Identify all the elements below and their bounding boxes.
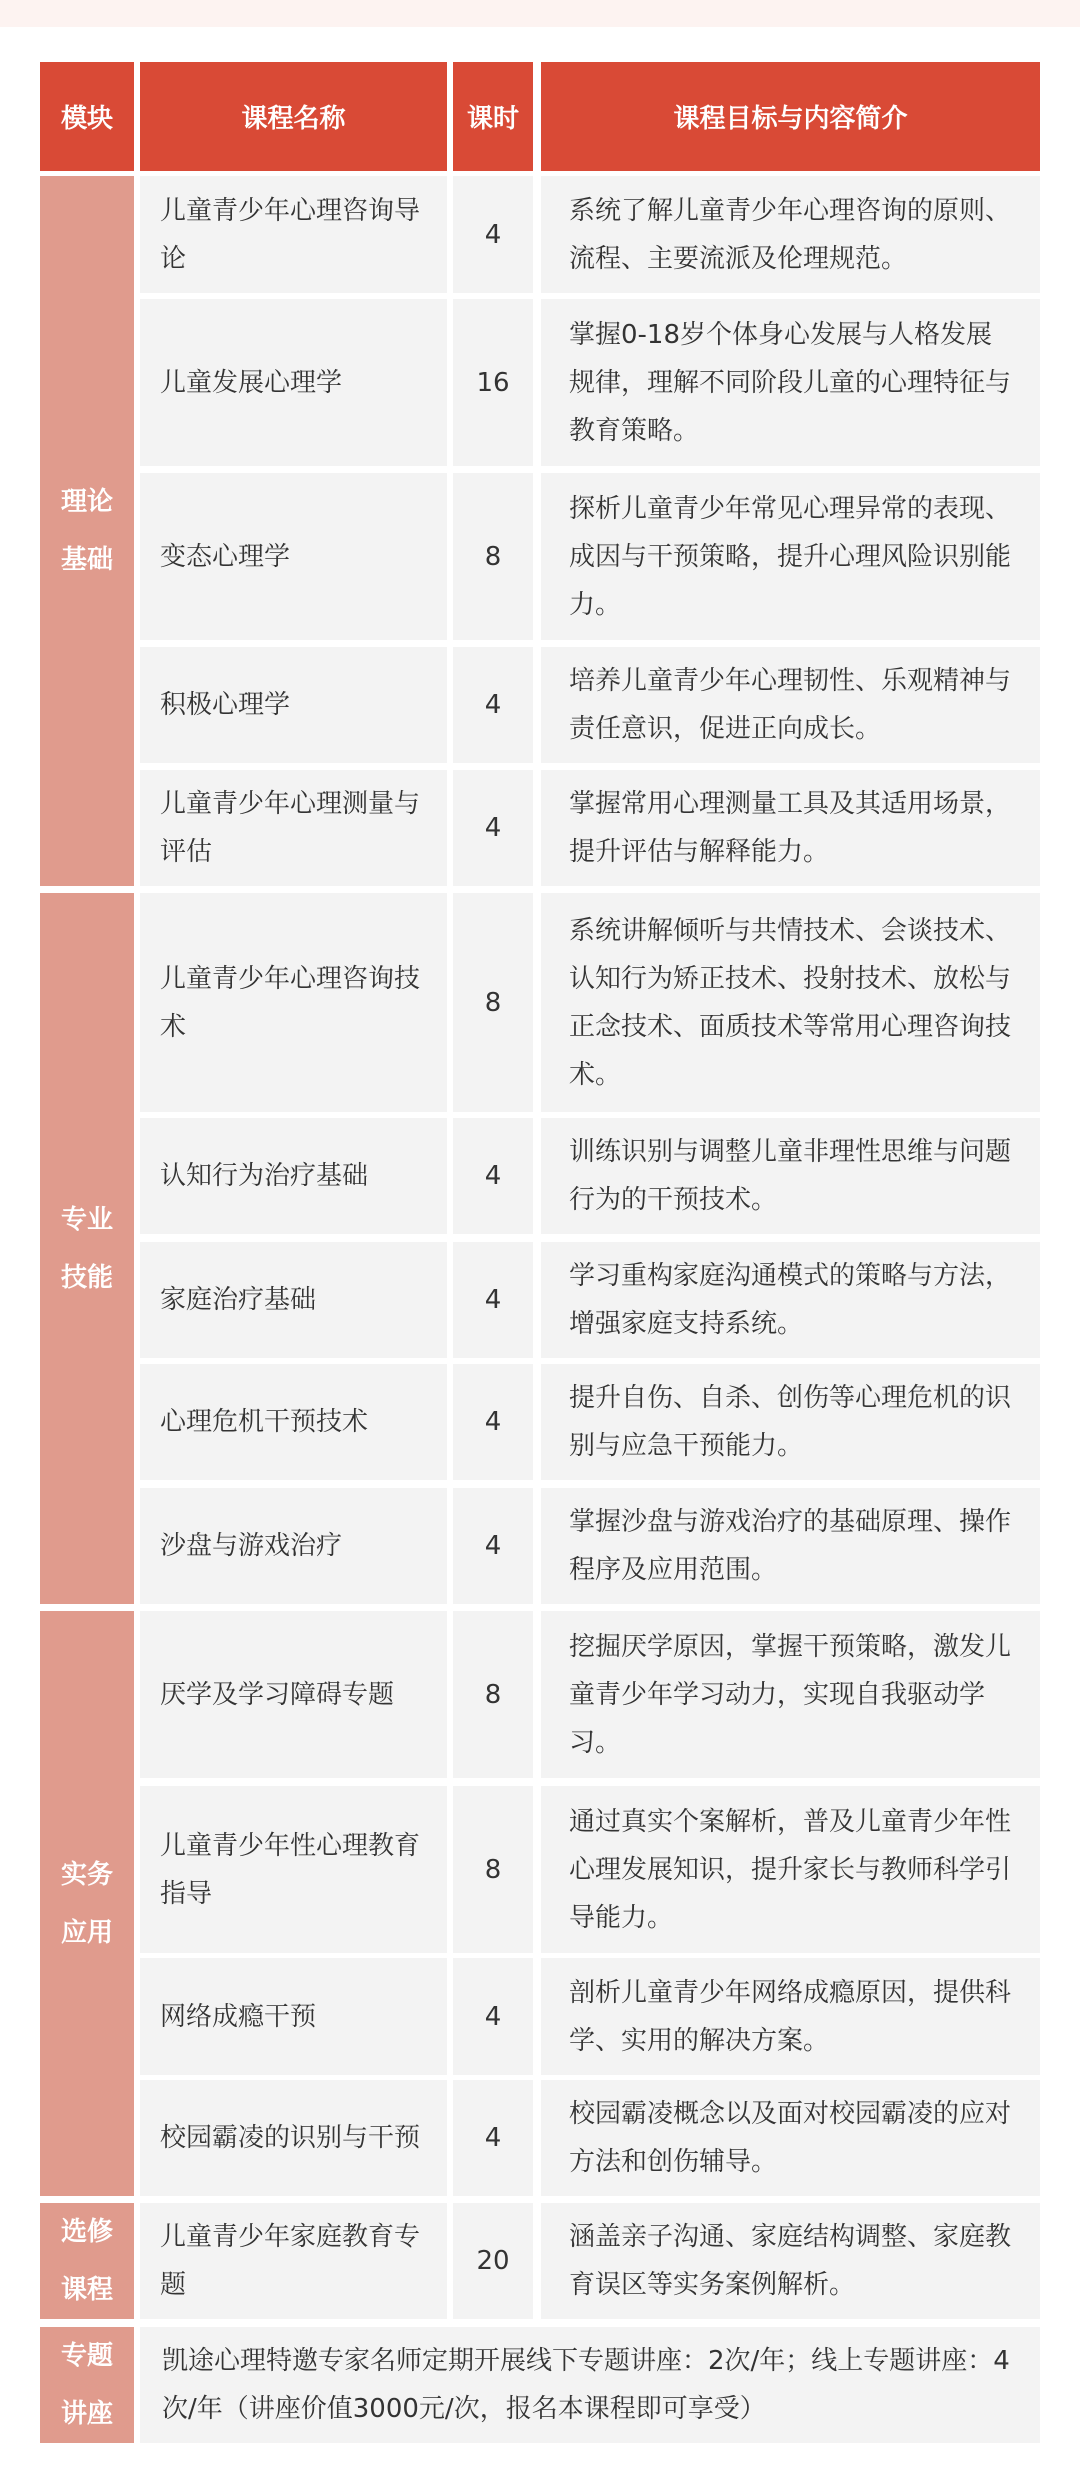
course-description: 系统了解儿童青少年心理咨询的原则、流程、主要流派及伦理规范。 bbox=[541, 176, 1040, 293]
module-elective: 选修课程 bbox=[40, 2203, 134, 2319]
header-module: 模块 bbox=[40, 62, 134, 171]
course-hours: 4 bbox=[453, 1242, 533, 1358]
course-name: 儿童青少年心理咨询技术 bbox=[140, 893, 447, 1112]
course-hours: 4 bbox=[453, 176, 533, 293]
course-description: 掌握0-18岁个体身心发展与人格发展规律，理解不同阶段儿童的心理特征与教育策略。 bbox=[541, 299, 1040, 466]
course-description: 提升自伤、自杀、创伤等心理危机的识别与应急干预能力。 bbox=[541, 1364, 1040, 1480]
module-lecture: 专题讲座 bbox=[40, 2327, 134, 2443]
course-hours: 4 bbox=[453, 2080, 533, 2196]
course-hours: 8 bbox=[453, 893, 533, 1112]
course-description: 训练识别与调整儿童非理性思维与问题行为的干预技术。 bbox=[541, 1118, 1040, 1234]
top-band bbox=[0, 0, 1080, 27]
course-name: 心理危机干预技术 bbox=[140, 1364, 447, 1480]
course-name: 儿童青少年心理咨询导论 bbox=[140, 176, 447, 293]
course-hours: 4 bbox=[453, 1118, 533, 1234]
header-hours: 课时 bbox=[453, 62, 533, 171]
course-hours: 8 bbox=[453, 1611, 533, 1778]
header-description: 课程目标与内容简介 bbox=[541, 62, 1040, 171]
course-hours: 4 bbox=[453, 1364, 533, 1480]
course-name: 儿童青少年家庭教育专题 bbox=[140, 2203, 447, 2319]
module-theory: 理论基础 bbox=[40, 176, 134, 886]
course-hours: 8 bbox=[453, 1786, 533, 1953]
course-name: 网络成瘾干预 bbox=[140, 1958, 447, 2075]
course-description: 校园霸凌概念以及面对校园霸凌的应对方法和创伤辅导。 bbox=[541, 2080, 1040, 2196]
course-name: 儿童青少年心理测量与评估 bbox=[140, 770, 447, 886]
course-name: 儿童青少年性心理教育指导 bbox=[140, 1786, 447, 1953]
course-name: 儿童发展心理学 bbox=[140, 299, 447, 466]
course-description: 掌握常用心理测量工具及其适用场景，提升评估与解释能力。 bbox=[541, 770, 1040, 886]
course-hours: 16 bbox=[453, 299, 533, 466]
course-hours: 8 bbox=[453, 473, 533, 640]
course-hours: 4 bbox=[453, 1488, 533, 1604]
course-description: 掌握沙盘与游戏治疗的基础原理、操作程序及应用范围。 bbox=[541, 1488, 1040, 1604]
course-hours: 4 bbox=[453, 770, 533, 886]
lecture-description: 凯途心理特邀专家名师定期开展线下专题讲座：2次/年；线上专题讲座：4次/年（讲座… bbox=[140, 2327, 1040, 2443]
course-hours: 20 bbox=[453, 2203, 533, 2319]
course-name: 家庭治疗基础 bbox=[140, 1242, 447, 1358]
course-name: 厌学及学习障碍专题 bbox=[140, 1611, 447, 1778]
course-name: 认知行为治疗基础 bbox=[140, 1118, 447, 1234]
course-name: 积极心理学 bbox=[140, 647, 447, 763]
course-description: 通过真实个案解析，普及儿童青少年性心理发展知识，提升家长与教师科学引导能力。 bbox=[541, 1786, 1040, 1953]
course-description: 剖析儿童青少年网络成瘾原因，提供科学、实用的解决方案。 bbox=[541, 1958, 1040, 2075]
course-description: 探析儿童青少年常见心理异常的表现、成因与干预策略，提升心理风险识别能力。 bbox=[541, 473, 1040, 640]
course-hours: 4 bbox=[453, 647, 533, 763]
module-professional-skills: 专业技能 bbox=[40, 893, 134, 1604]
module-practice: 实务应用 bbox=[40, 1611, 134, 2196]
course-name: 沙盘与游戏治疗 bbox=[140, 1488, 447, 1604]
header-course-name: 课程名称 bbox=[140, 62, 447, 171]
course-hours: 4 bbox=[453, 1958, 533, 2075]
course-name: 变态心理学 bbox=[140, 473, 447, 640]
course-name: 校园霸凌的识别与干预 bbox=[140, 2080, 447, 2196]
course-description: 挖掘厌学原因，掌握干预策略，激发儿童青少年学习动力，实现自我驱动学习。 bbox=[541, 1611, 1040, 1778]
course-description: 涵盖亲子沟通、家庭结构调整、家庭教育误区等实务案例解析。 bbox=[541, 2203, 1040, 2319]
course-description: 培养儿童青少年心理韧性、乐观精神与责任意识，促进正向成长。 bbox=[541, 647, 1040, 763]
course-description: 学习重构家庭沟通模式的策略与方法，增强家庭支持系统。 bbox=[541, 1242, 1040, 1358]
course-description: 系统讲解倾听与共情技术、会谈技术、认知行为矫正技术、投射技术、放松与正念技术、面… bbox=[541, 893, 1040, 1112]
